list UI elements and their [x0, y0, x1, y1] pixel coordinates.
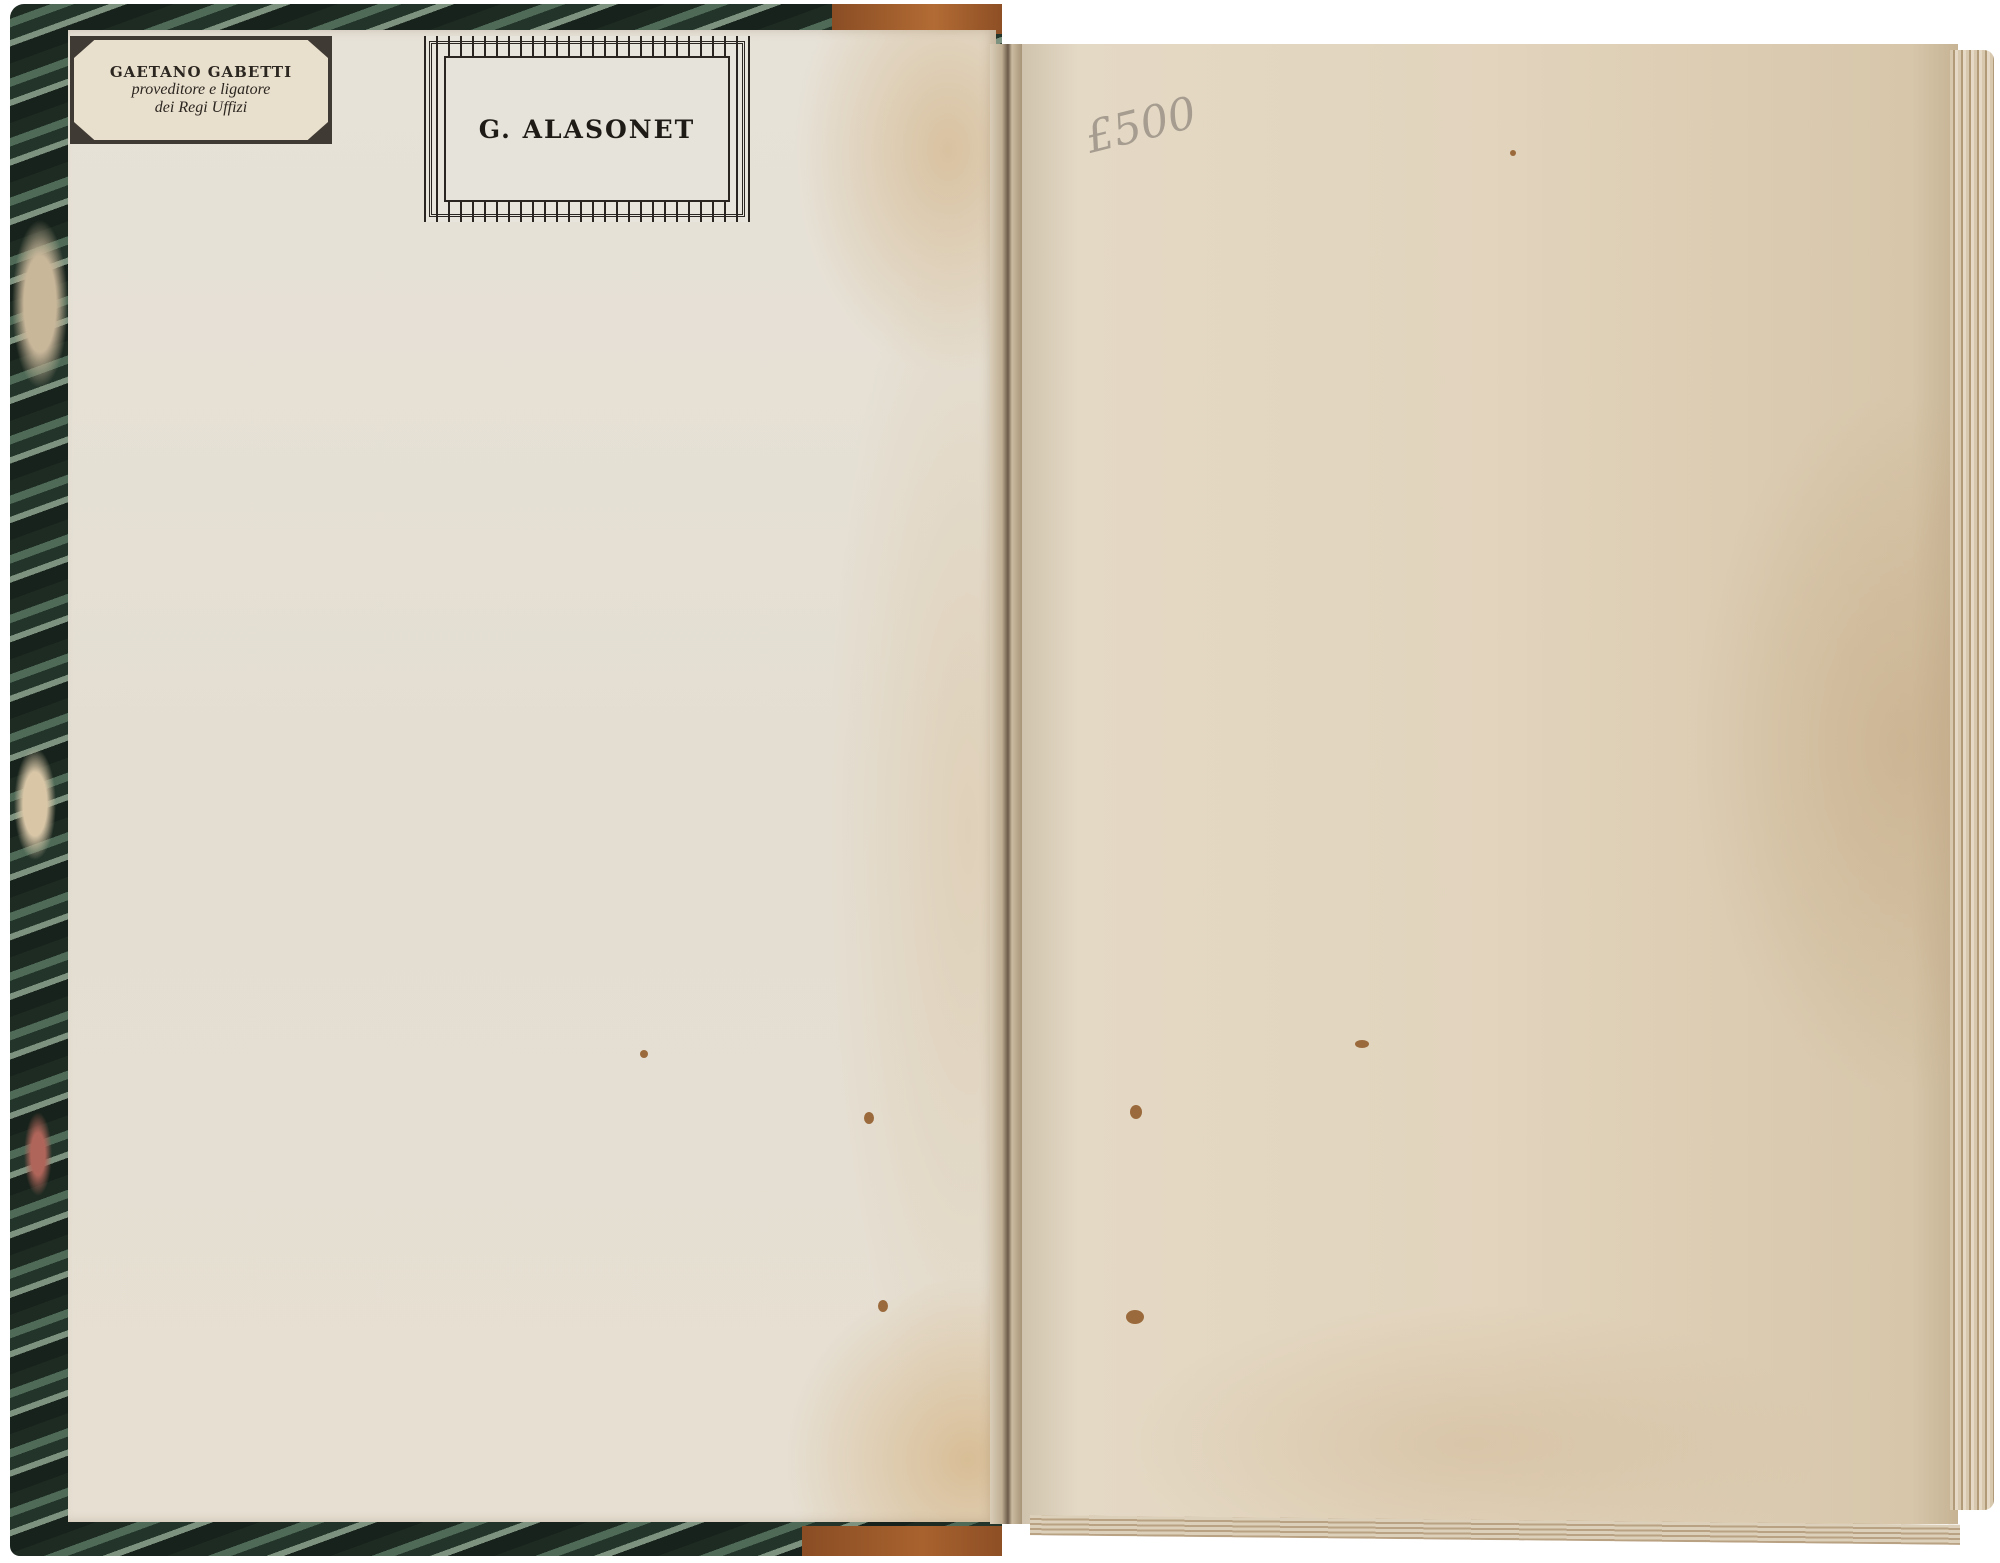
binder-line-1: proveditore e ligatore: [132, 81, 271, 99]
foxing-spot: [1126, 1310, 1144, 1324]
fore-edge-pages: [1950, 50, 1994, 1510]
foxing-spot: [1130, 1105, 1142, 1119]
leather-corner-bottom: [802, 1526, 1002, 1556]
binder-ticket: GAETANO GABETTI proveditore e ligatore d…: [70, 36, 332, 144]
binder-line-2: dei Regi Uffizi: [155, 99, 247, 117]
foxing-spot: [1510, 150, 1516, 156]
bookseller-name: G. ALASONET: [479, 115, 696, 144]
foxing-spot: [1355, 1040, 1369, 1048]
open-book: GAETANO GABETTI proveditore e ligatore d…: [0, 0, 2000, 1563]
pastedown-page: [68, 30, 996, 1522]
flyleaf-page: [1022, 44, 1958, 1524]
binder-name: GAETANO GABETTI: [110, 63, 292, 81]
foxing-spot: [878, 1300, 888, 1312]
bookseller-label: G. ALASONET: [424, 36, 750, 222]
foxing-spot: [864, 1112, 874, 1124]
foxing-spot: [640, 1050, 648, 1058]
